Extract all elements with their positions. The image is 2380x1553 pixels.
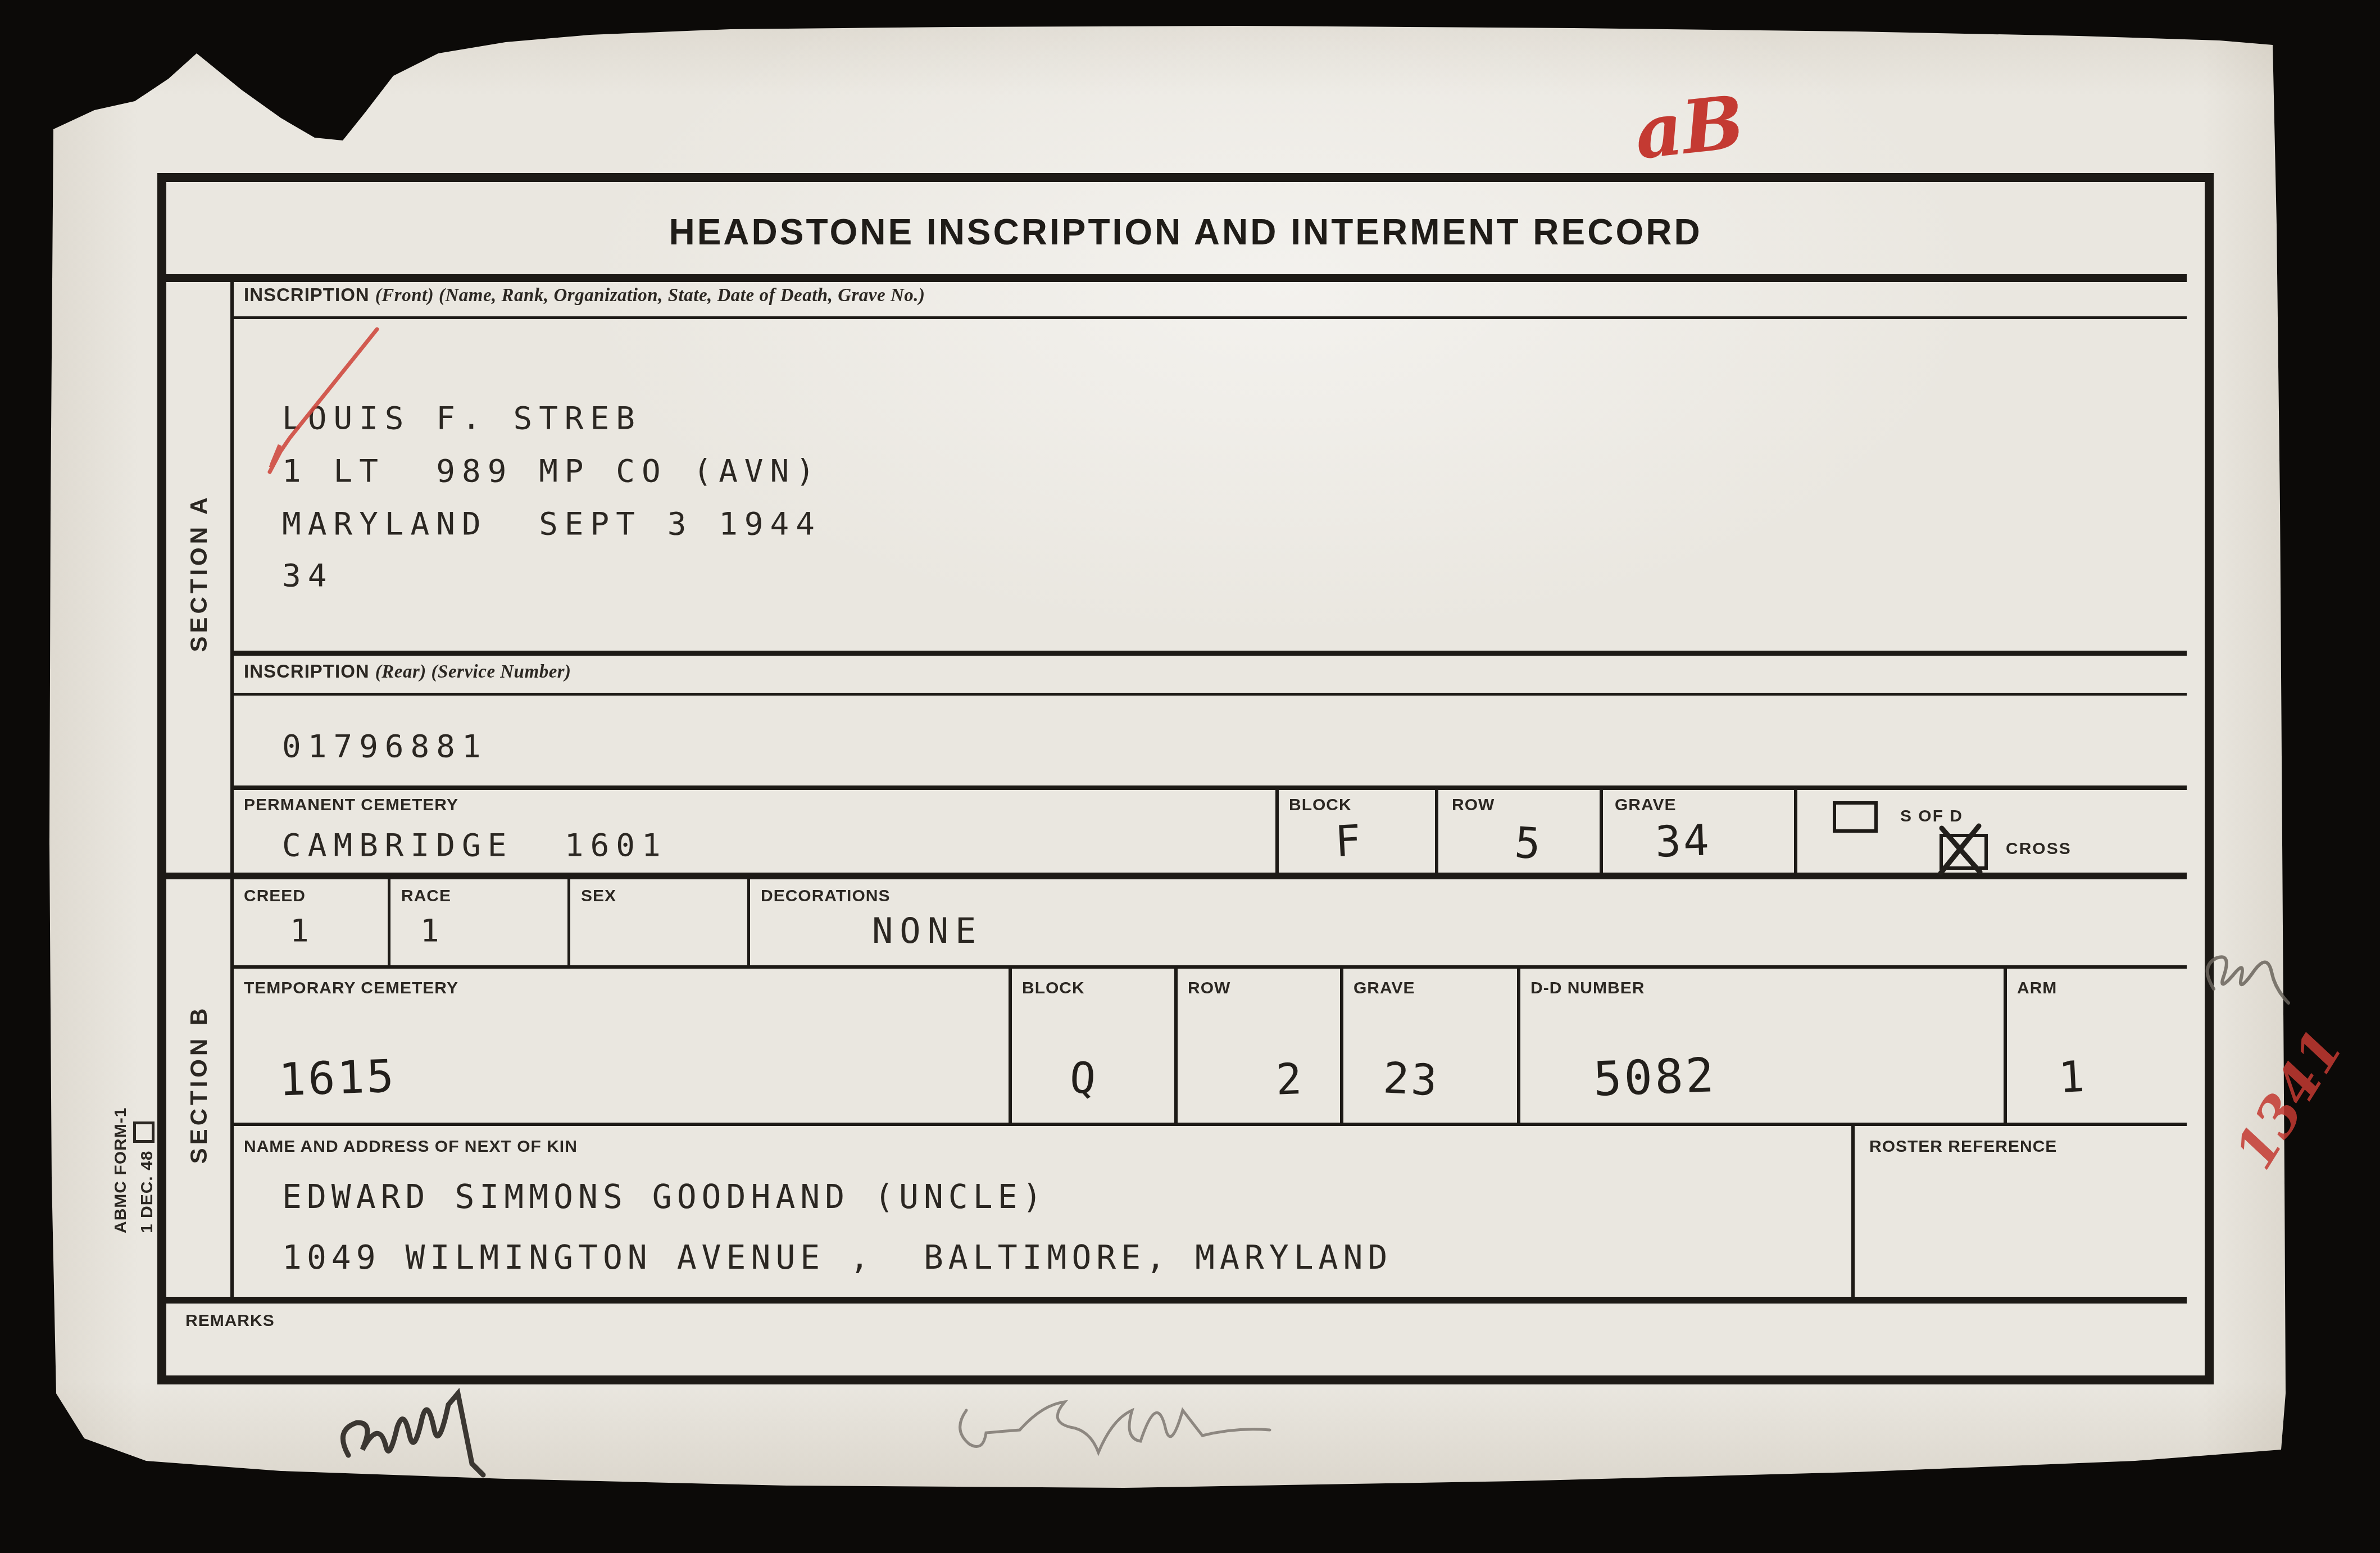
- creed-label: CREED: [244, 887, 306, 906]
- cross-checkbox-x-mark: [1934, 824, 1988, 875]
- perm-block-value: F: [1334, 815, 1364, 866]
- inscription-rear-label-detail: (Rear) (Service Number): [375, 662, 571, 682]
- perm-grave-value: 34: [1654, 815, 1712, 866]
- race-value: 1: [420, 912, 446, 949]
- next-of-kin-line-1: EDWARD SIMMONS GOODHAND (UNCLE): [282, 1178, 1047, 1216]
- red-annotation-top: aB: [1631, 79, 1748, 175]
- temp-row-bottom: [230, 1123, 2187, 1126]
- temp-arm-value: 1: [2057, 1051, 2088, 1102]
- perm-grave-label: GRAVE: [1615, 796, 1676, 815]
- ink-signature-scribble: [331, 1388, 573, 1489]
- sex-left: [567, 879, 570, 965]
- title-divider: [166, 274, 2187, 282]
- temp-row-left: [1174, 969, 1178, 1123]
- form-date-label: 1 DEC. 48: [138, 1151, 156, 1233]
- form-title: HEADSTONE INSCRIPTION AND INTERMENT RECO…: [166, 211, 2205, 253]
- perm-row-top: [230, 785, 2187, 790]
- cross-label: CROSS: [2006, 839, 2072, 859]
- decorations-left: [747, 879, 750, 965]
- roster-left: [1851, 1126, 1855, 1297]
- temp-dd-number-label: D-D NUMBER: [1530, 979, 1645, 998]
- inscription-rear-label: INSCRIPTION: [244, 661, 370, 682]
- temp-block-value: Q: [1069, 1052, 1099, 1104]
- creed-value: 1: [290, 912, 316, 949]
- temp-row-label: ROW: [1188, 979, 1230, 998]
- inscription-front-line-3: MARYLAND SEPT 3 1944: [282, 506, 821, 542]
- temporary-cemetery-label: TEMPORARY CEMETERY: [244, 979, 458, 998]
- section-a-b-divider: [166, 873, 2187, 879]
- inscription-front-label: INSCRIPTION: [244, 284, 370, 305]
- service-number-value: 01796881: [282, 728, 488, 765]
- perm-chk-left: [1794, 785, 1797, 873]
- temp-grave-label: GRAVE: [1353, 979, 1415, 998]
- rear-row-top: [230, 651, 2187, 656]
- temp-block-label: BLOCK: [1022, 979, 1085, 998]
- remarks-row-top: [166, 1297, 2187, 1304]
- permanent-cemetery-label: PERMANENT CEMETERY: [244, 796, 458, 815]
- decorations-label: DECORATIONS: [761, 887, 890, 906]
- temporary-cemetery-value: 1615: [278, 1050, 397, 1106]
- perm-block-left: [1275, 785, 1279, 873]
- temp-arm-label: ARM: [2017, 979, 2057, 998]
- race-left: [388, 879, 390, 965]
- next-of-kin-line-2: 1049 WILMINGTON AVENUE , BALTIMORE, MARY…: [282, 1238, 1392, 1277]
- form-number-label: ABMC FORM-1: [108, 1027, 133, 1233]
- temp-grave-value: 23: [1382, 1052, 1441, 1105]
- form-grid: HEADSTONE INSCRIPTION AND INTERMENT RECO…: [157, 173, 2214, 1384]
- front-label-divider: [230, 316, 2187, 319]
- temp-dd-number-value: 5082: [1592, 1047, 1717, 1107]
- temp-grave-left: [1340, 969, 1343, 1123]
- remarks-label: REMARKS: [185, 1311, 275, 1331]
- perm-grave-left: [1600, 785, 1603, 873]
- temp-dd-left: [1517, 969, 1520, 1123]
- perm-row-value: 5: [1513, 817, 1545, 869]
- s-of-d-checkbox[interactable]: [1833, 801, 1878, 833]
- temp-block-left: [1009, 969, 1012, 1123]
- red-checkmark-icon: [251, 323, 385, 480]
- permanent-cemetery-value: CAMBRIDGE 1601: [282, 827, 667, 864]
- pencil-bottom-scribble: [944, 1371, 1405, 1483]
- section-a-label: SECTION A: [182, 274, 216, 873]
- inscription-front-line-4: 34: [282, 557, 333, 594]
- form-footer-checkbox: [133, 1121, 155, 1143]
- decorations-value: NONE: [872, 910, 983, 951]
- temp-row-value: 2: [1275, 1054, 1305, 1105]
- inscription-front-label-detail: (Front) (Name, Rank, Organization, State…: [375, 285, 925, 306]
- section-b-label: SECTION B: [182, 873, 216, 1297]
- form-number-block: ABMC FORM-1 1 DEC. 48: [108, 1027, 170, 1233]
- perm-row-label: ROW: [1452, 796, 1495, 815]
- next-of-kin-label: NAME AND ADDRESS OF NEXT OF KIN: [244, 1137, 578, 1156]
- creed-row-bottom: [230, 965, 2187, 969]
- roster-reference-label: ROSTER REFERENCE: [1869, 1137, 2057, 1156]
- perm-block-label: BLOCK: [1289, 796, 1352, 815]
- s-of-d-label: S OF D: [1900, 807, 1963, 826]
- pencil-margin-scribble: [2202, 910, 2315, 1034]
- race-label: RACE: [401, 887, 451, 906]
- temp-arm-left: [2004, 969, 2007, 1123]
- sex-label: SEX: [581, 887, 616, 906]
- perm-row-left: [1435, 785, 1438, 873]
- rear-label-divider: [230, 693, 2187, 696]
